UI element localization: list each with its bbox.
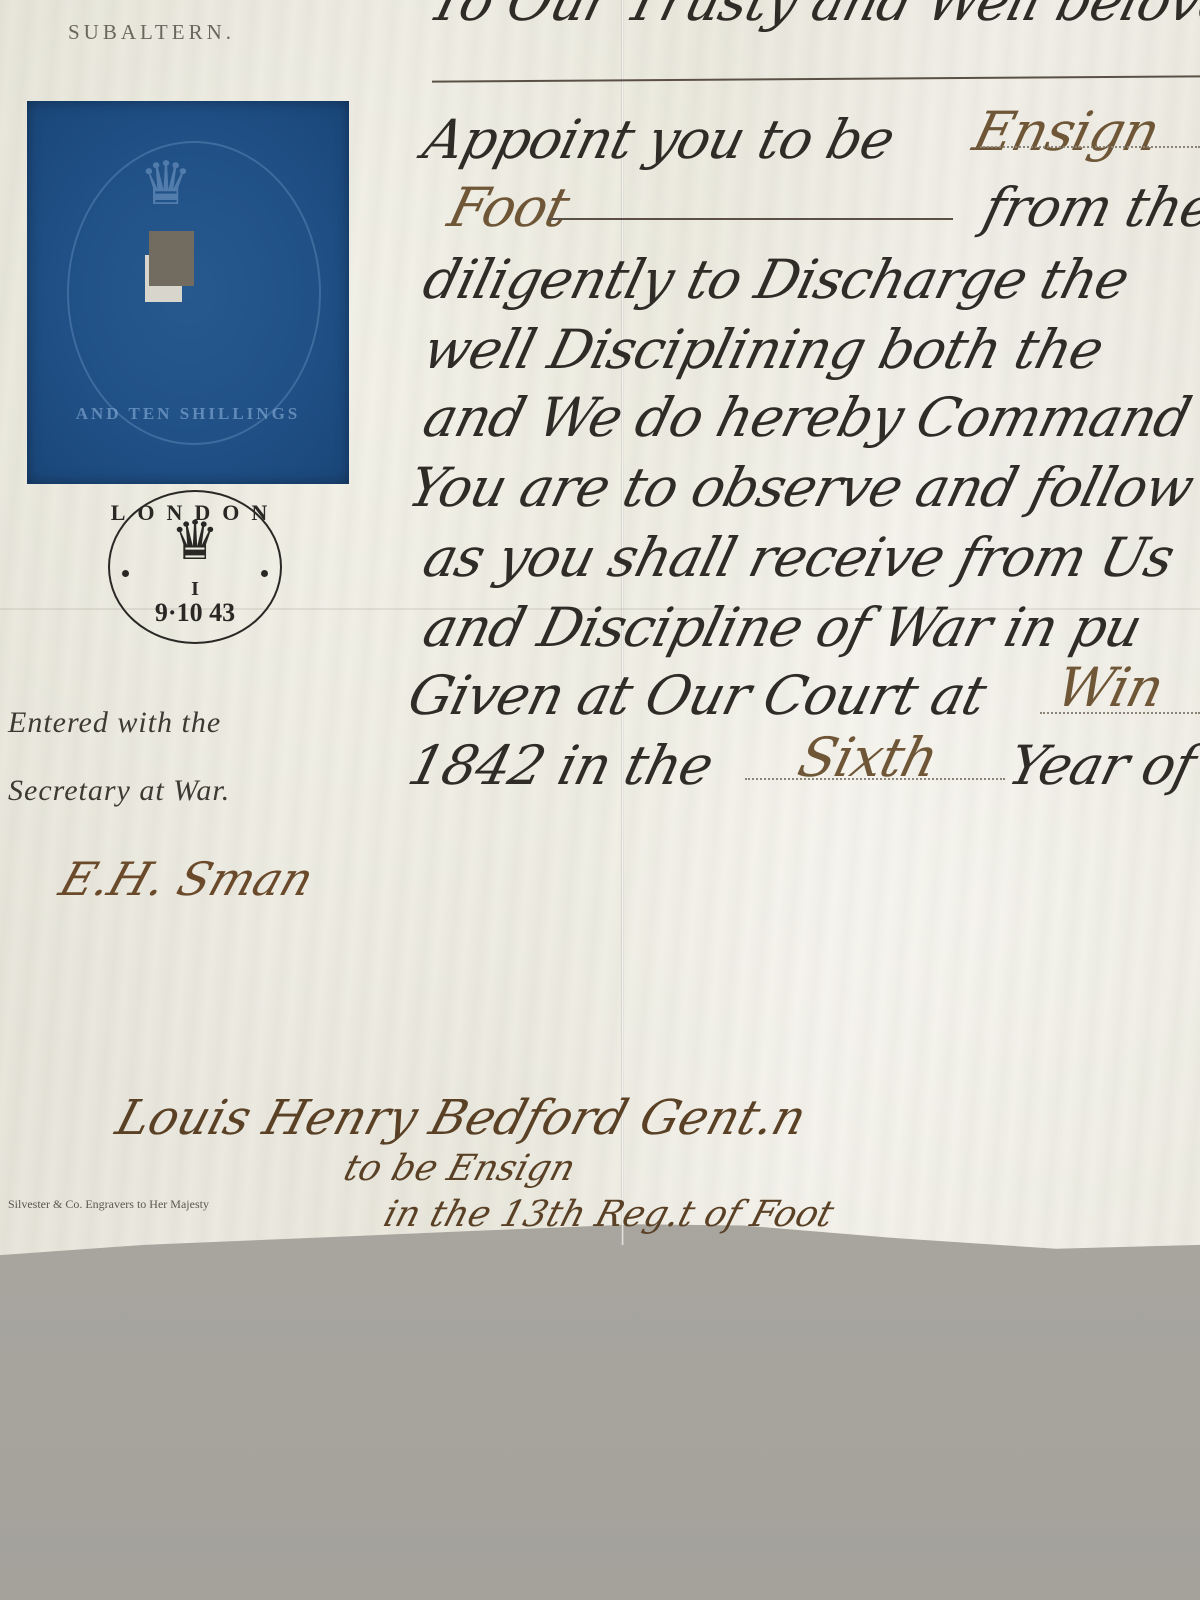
side-note-line-2: Secretary at War. bbox=[8, 774, 230, 808]
postmark-date: 9·10 43 bbox=[110, 598, 280, 628]
stamp-value-text: AND TEN SHILLINGS bbox=[27, 404, 349, 424]
body-line-diligently: diligently to Discharge the bbox=[417, 248, 1135, 311]
salutation-line: To Our Trusty and Well beloved bbox=[422, 0, 1200, 33]
blue-revenue-stamp: ♛ AND TEN SHILLINGS bbox=[27, 101, 349, 484]
endorsement-regiment: in the 13th Reg.t of Foot bbox=[379, 1194, 838, 1235]
postmark-dot bbox=[122, 570, 129, 577]
body-line-observe: You are to observe and follow bbox=[402, 456, 1199, 519]
side-note-line-1: Entered with the bbox=[8, 706, 221, 740]
body-line-command: and We do hereby Command bbox=[417, 386, 1196, 449]
endorsement-rank: to be Ensign bbox=[339, 1148, 580, 1189]
endorsement-name: Louis Henry Bedford Gent.n bbox=[110, 1090, 813, 1146]
filled-regnal-year: Sixth bbox=[792, 726, 944, 789]
court-dotted-line bbox=[1040, 712, 1200, 714]
body-line-discipline-of-war: and Discipline of War in pu bbox=[417, 596, 1147, 659]
unit-rule bbox=[548, 218, 953, 220]
filled-court: Win bbox=[1050, 656, 1169, 719]
commission-type-label: SUBALTERN. bbox=[68, 20, 235, 45]
body-line-given-at-court: Given at Our Court at bbox=[402, 664, 992, 727]
secretary-signature: E.H. Sman bbox=[53, 852, 320, 906]
body-line-year-of: Year of bbox=[1002, 734, 1200, 797]
filled-unit: Foot bbox=[442, 176, 575, 239]
filled-rank: Ensign bbox=[967, 100, 1165, 163]
london-postmark: LONDON ♛ I 9·10 43 bbox=[108, 490, 282, 644]
body-line-from-the: from the bbox=[977, 176, 1200, 239]
crown-emboss-icon: ♛ bbox=[139, 149, 193, 219]
body-line-year: 1842 in the bbox=[402, 734, 719, 797]
engraver-imprint: Silvester & Co. Engravers to Her Majesty bbox=[8, 1197, 209, 1212]
embossed-seal bbox=[67, 141, 321, 445]
postmark-dot bbox=[261, 570, 268, 577]
rank-dotted-line bbox=[980, 146, 1200, 148]
crown-icon: ♛ bbox=[110, 514, 280, 568]
body-line-receive: as you shall receive from Us bbox=[417, 526, 1180, 589]
stamp-tear-mark bbox=[149, 231, 194, 286]
body-line-disciplining: well Disciplining both the bbox=[417, 318, 1109, 381]
body-line-appoint: Appoint you to be bbox=[417, 108, 900, 171]
